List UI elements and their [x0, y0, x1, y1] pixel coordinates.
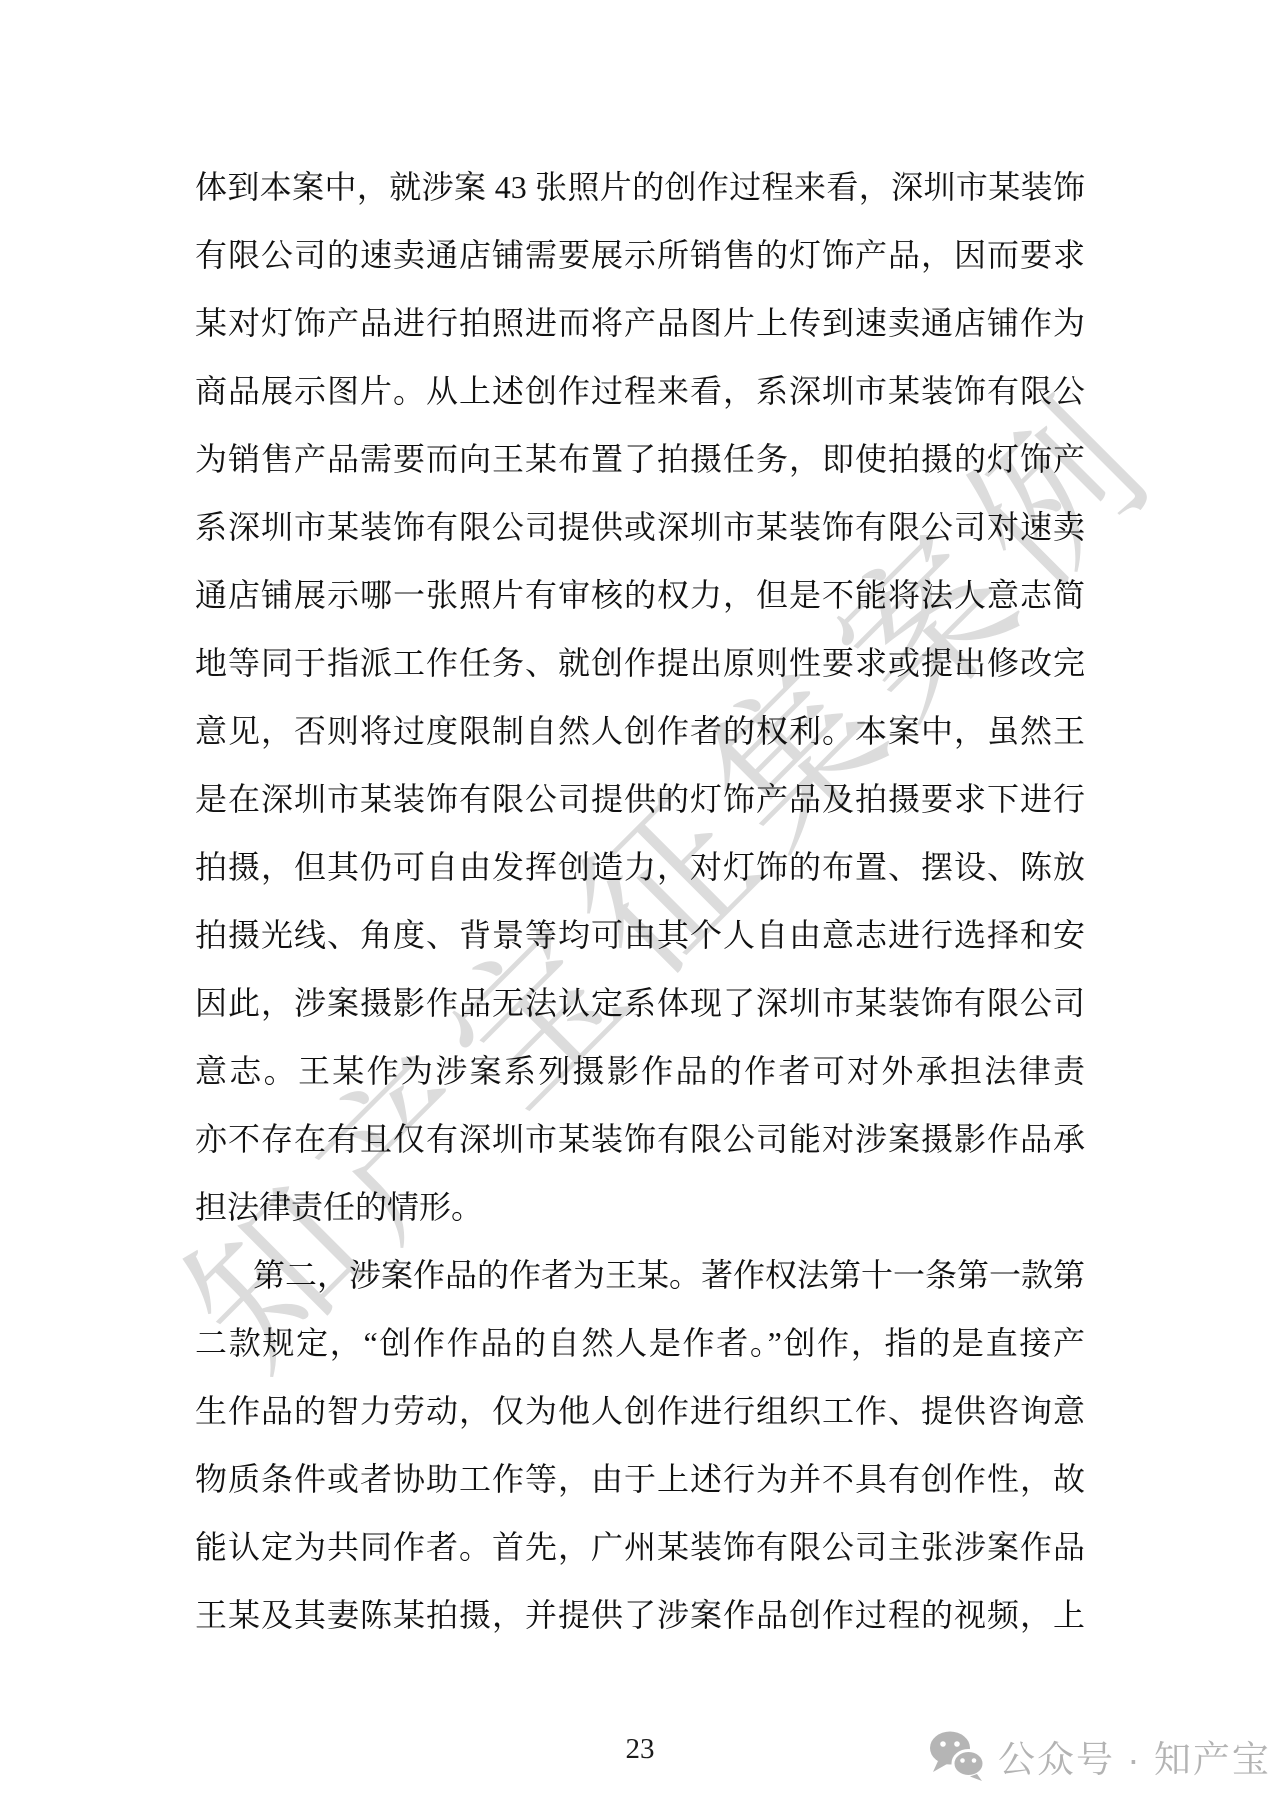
paragraph: 体到本案中，就涉案 43 张照片的创作过程来看，深圳市某装饰有限公司的速卖通店铺…: [195, 153, 1085, 1241]
document-line: 物质条件或者协助工作等，由于上述行为并不具有创作性，故不: [195, 1445, 1085, 1513]
document-line: 二款规定，“创作作品的自然人是作者。”创作，指的是直接产: [195, 1309, 1085, 1377]
document-line: 担法律责任的情形。: [195, 1173, 1085, 1241]
document-line: 地等同于指派工作任务、就创作提出原则性要求或提出修改完善: [195, 629, 1085, 697]
document-line: 意志。王某作为涉案系列摄影作品的作者可对外承担法律责任，: [195, 1037, 1085, 1105]
document-line: 某对灯饰产品进行拍照进而将产品图片上传到速卖通店铺作为: [195, 289, 1085, 357]
document-line: 通店铺展示哪一张照片有审核的权力，但是不能将法人意志简单: [195, 561, 1085, 629]
document-line: 拍摄光线、角度、背景等均可由其个人自由意志进行选择和安排，: [195, 901, 1085, 969]
document-line: 拍摄，但其仍可自由发挥创造力，对灯饰的布置、摆设、陈放及: [195, 833, 1085, 901]
footer-brand: 公众号 · 知产宝: [928, 1729, 1271, 1783]
document-line: 生作品的智力劳动，仅为他人创作进行组织工作、提供咨询意见、: [195, 1377, 1085, 1445]
document-line: 商品展示图片。从上述创作过程来看，系深圳市某装饰有限公司: [195, 357, 1085, 425]
document-line: 能认定为共同作者。首先，广州某装饰有限公司主张涉案作品由: [195, 1513, 1085, 1581]
document-body: 体到本案中，就涉案 43 张照片的创作过程来看，深圳市某装饰有限公司的速卖通店铺…: [195, 153, 1085, 1649]
footer-brand-label: 公众号 · 知产宝: [998, 1729, 1271, 1783]
document-line: 亦不存在有且仅有深圳市某装饰有限公司能对涉案摄影作品承: [195, 1105, 1085, 1173]
document-line: 因此，涉案摄影作品无法认定系体现了深圳市某装饰有限公司的: [195, 969, 1085, 1037]
document-line: 第二，涉案作品的作者为王某。著作权法第十一条第一款第: [195, 1241, 1085, 1309]
paragraph: 第二，涉案作品的作者为王某。著作权法第十一条第一款第二款规定，“创作作品的自然人…: [195, 1241, 1085, 1649]
document-line: 是在深圳市某装饰有限公司提供的灯饰产品及拍摄要求下进行: [195, 765, 1085, 833]
document-line: 体到本案中，就涉案 43 张照片的创作过程来看，深圳市某装饰: [195, 153, 1085, 221]
document-line: 意见，否则将过度限制自然人创作者的权利。本案中，虽然王某: [195, 697, 1085, 765]
document-line: 系深圳市某装饰有限公司提供或深圳市某装饰有限公司对速卖: [195, 493, 1085, 561]
document-line: 有限公司的速卖通店铺需要展示所销售的灯饰产品，因而要求王: [195, 221, 1085, 289]
document-line: 王某及其妻陈某拍摄，并提供了涉案作品创作过程的视频，上述: [195, 1581, 1085, 1649]
document-line: 为销售产品需要而向王某布置了拍摄任务，即使拍摄的灯饰产品: [195, 425, 1085, 493]
wechat-icon: [928, 1730, 986, 1782]
